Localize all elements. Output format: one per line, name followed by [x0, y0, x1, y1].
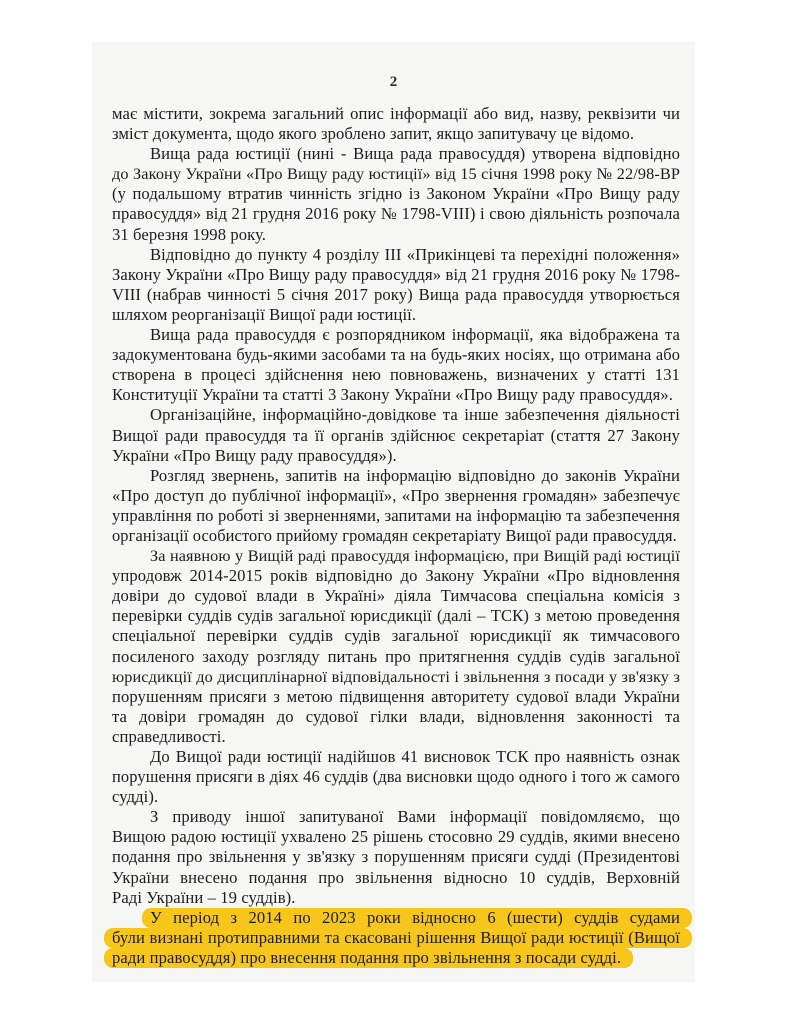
text-line: юрисдикції до дисциплінарної відповідаль…	[112, 667, 680, 687]
paragraph: Розгляд звернень, запитів на інформацію …	[112, 466, 680, 546]
text-line: шляхом реорганізації Вищої ради юстиції.	[112, 305, 680, 325]
text-line: Вищою радою юстиції ухвалено 25 рішень с…	[112, 827, 680, 847]
text-line: (у подальшому втратив чинність згідно із…	[112, 184, 680, 204]
text-line: VIII (набрав чинності 5 січня 2017 року)…	[112, 285, 680, 305]
text-line: зміст документа, щодо якого зроблено зап…	[112, 124, 680, 144]
text-line: організації особистого прийому громадян …	[112, 526, 680, 546]
text-line: України внесено подання про звільнення в…	[112, 868, 680, 888]
paragraph: Вища рада правосуддя є розпорядником інф…	[112, 325, 680, 405]
text-line: спеціальної перевірки суддів судів загал…	[112, 626, 680, 646]
text-line: Вищої ради правосуддя та її органів здій…	[112, 426, 680, 446]
highlighted-paragraph: У період з 2014 по 2023 роки відносно 6 …	[112, 908, 680, 968]
text-line: створена в процесі здійснення нею повнов…	[112, 365, 680, 385]
paragraph: До Вищої ради юстиції надійшов 41 виснов…	[112, 747, 680, 807]
text-line: перевірки суддів судів загальної юрисдик…	[112, 606, 680, 626]
text-line: до Закону України «Про Вищу раду юстиції…	[112, 164, 680, 184]
text-line: До Вищої ради юстиції надійшов 41 виснов…	[112, 747, 680, 767]
text-line: Конституції України та статті 3 Закону У…	[112, 385, 680, 405]
text-line: Раді України – 19 суддів).	[112, 888, 680, 908]
scanned-page: 2 має містити, зокрема загальний опис ін…	[92, 42, 695, 982]
text-line: посиленого заходу розгляду питань про пр…	[112, 647, 680, 667]
text-line: судді).	[112, 787, 680, 807]
text-line: Вища рада правосуддя є розпорядником інф…	[112, 325, 680, 345]
text-line: Організаційне, інформаційно-довідкове та…	[112, 405, 680, 425]
text-line: правосуддя» від 21 грудня 2016 року № 17…	[112, 204, 680, 224]
text-line: має містити, зокрема загальний опис інфо…	[112, 104, 680, 124]
text-line: Відповідно до пункту 4 розділу ІІІ «Прик…	[112, 245, 680, 265]
highlighted-text-line: У період з 2014 по 2023 роки відносно 6 …	[142, 908, 692, 928]
text-line: За наявною у Вищій раді правосуддя інфор…	[112, 546, 680, 566]
text-line: З приводу іншої запитуваної Вами інформа…	[112, 807, 680, 827]
text-line: Вища рада юстиції (нині - Вища рада прав…	[112, 144, 680, 164]
page-number: 2	[92, 74, 695, 91]
text-line: та довіри громадян до судової гілки влад…	[112, 707, 680, 727]
document-body: має містити, зокрема загальний опис інфо…	[112, 104, 680, 968]
paragraph: Вища рада юстиції (нині - Вища рада прав…	[112, 144, 680, 244]
paragraph: Відповідно до пункту 4 розділу ІІІ «Прик…	[112, 245, 680, 325]
text-line: управління по роботі зі зверненнями, зап…	[112, 506, 680, 526]
highlighted-text-line: були визнані протиправними та скасовані …	[104, 928, 692, 948]
paragraph: Організаційне, інформаційно-довідкове та…	[112, 405, 680, 465]
text-line: «Про доступ до публічної інформації», «П…	[112, 486, 680, 506]
paragraph: За наявною у Вищій раді правосуддя інфор…	[112, 546, 680, 747]
text-line: задокументована будь-якими засобами та н…	[112, 345, 680, 365]
paragraph: З приводу іншої запитуваної Вами інформа…	[112, 807, 680, 907]
text-line: 31 березня 1998 року.	[112, 225, 680, 245]
text-line: порушенням присяги з метою підвищення ав…	[112, 687, 680, 707]
text-line: України «Про Вищу раду правосуддя»).	[112, 446, 680, 466]
highlighted-text-line: ради правосуддя) про внесення подання пр…	[104, 948, 633, 968]
text-line: упродовж 2014-2015 років відповідно до З…	[112, 566, 680, 586]
text-line: Закону України «Про Вищу раду правосуддя…	[112, 265, 680, 285]
text-line: Розгляд звернень, запитів на інформацію …	[112, 466, 680, 486]
paragraph: має містити, зокрема загальний опис інфо…	[112, 104, 680, 144]
text-line: довіри до судової влади в Україні» діяла…	[112, 586, 680, 606]
text-line: порушення присяги в діях 46 суддів (два …	[112, 767, 680, 787]
text-line: подання про звільнення у зв'язку з поруш…	[112, 847, 680, 867]
text-line: справедливості.	[112, 727, 680, 747]
